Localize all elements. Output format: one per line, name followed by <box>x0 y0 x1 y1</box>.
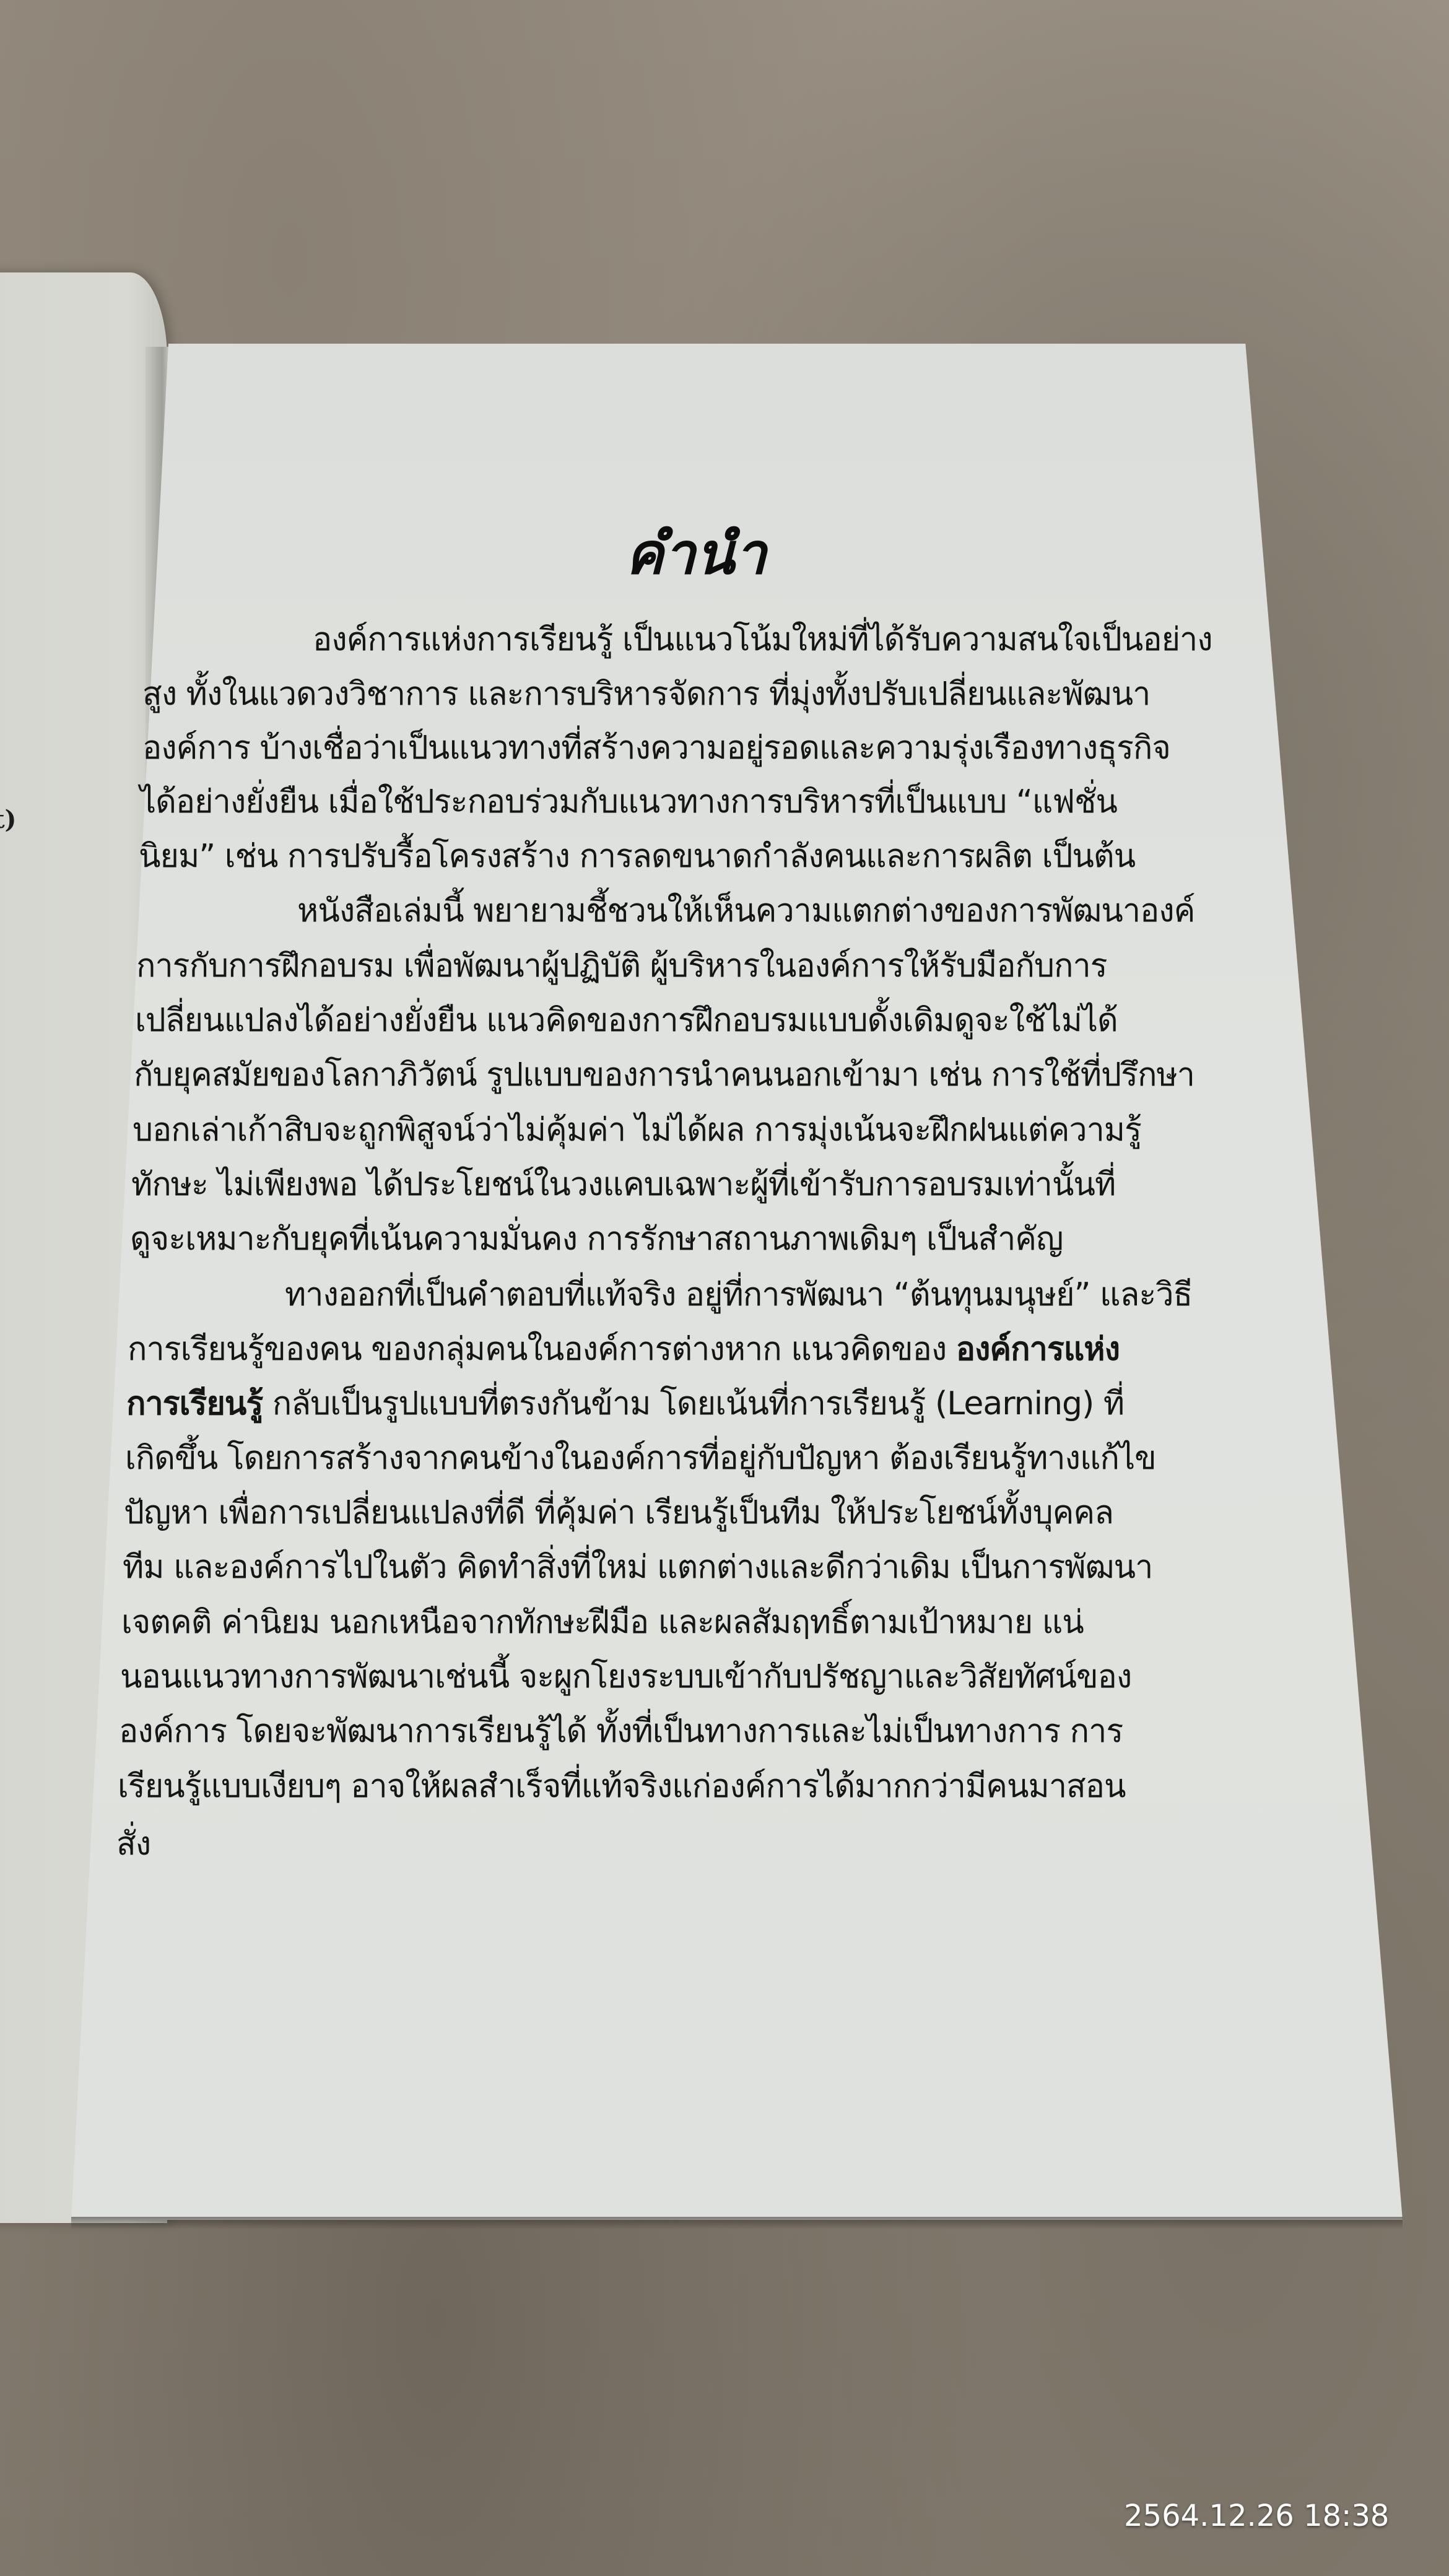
body-line: เรียนรู้แบบเงียบๆ อาจให้ผลสำเร็จที่แท้จร… <box>118 1760 1126 1811</box>
body-line: กับยุคสมัยของโลกาภิวัตน์ รูปแบบของการนำค… <box>134 1048 1194 1100</box>
body-line: สั่ง <box>116 1817 150 1869</box>
photo-timestamp: 2564.12.26 18:38 <box>1124 2499 1389 2533</box>
body-line: นอนแนวทางการพัฒนาเช่นนี้ จะผูกโยงระบบเข้… <box>120 1650 1131 1702</box>
body-line: ทีม และองค์การไปในตัว คิดทำสิ่งที่ใหม่ แ… <box>123 1541 1152 1592</box>
body-line: การเรียนรู้ของคน ของกลุ่มคนในองค์การต่าง… <box>128 1323 1120 1374</box>
body-line: ดูจะเหมาะกับยุคที่เน้นความมั่นคง การรักษ… <box>130 1212 1063 1264</box>
body-line: ทางออกที่เป็นคำตอบที่แท้จริง อยู่ที่การพ… <box>285 1268 1192 1320</box>
body-line: ได้อย่างยั่งยืน เมื่อใช้ประกอบร่วมกับแนว… <box>140 775 1117 827</box>
body-line: การเรียนรู้ กลับเป็นรูปแบบที่ตรงกันข้าม … <box>126 1377 1124 1429</box>
left-page-text-fragment: nt) <box>0 805 16 834</box>
body-line: องค์การ บ้างเชื่อว่าเป็นแนวทางที่สร้างคว… <box>142 721 1170 773</box>
body-line: นิยม” เช่น การปรับรื้อโครงสร้าง การลดขนา… <box>139 830 1135 881</box>
page-title: คำนำ <box>625 508 767 599</box>
body-line: องค์การแห่งการเรียนรู้ เป็นแนวโน้มใหม่ที… <box>313 613 1212 664</box>
bold-term: องค์การแห่ง <box>956 1331 1120 1368</box>
body-line: ทักษะ ไม่เพียงพอ ได้ประโยชน์ในวงแคบเฉพาะ… <box>131 1158 1115 1209</box>
page-shadow <box>71 2217 1403 2229</box>
body-line: ปัญหา เพื่อการเปลี่ยนแปลงที่ดี ที่คุ้มค่… <box>124 1486 1113 1538</box>
body-line: สูง ทั้งในแวดวงวิชาการ และการบริหารจัดกา… <box>142 668 1150 719</box>
body-line: เปลี่ยนแปลงได้อย่างยั่งยืน แนวคิดของการฝ… <box>135 994 1118 1045</box>
body-line: เกิดขึ้น โดยการสร้างจากคนข้างในองค์การที… <box>125 1432 1156 1483</box>
body-line: องค์การ โดยจะพัฒนาการเรียนรู้ได้ ทั้งที่… <box>119 1705 1123 1756</box>
body-line: การกับการฝึกอบรม เพื่อพัฒนาผู้ปฏิบัติ ผู… <box>136 939 1107 991</box>
body-line: หนังสือเล่มนี้ พยายามชี้ชวนให้เห็นความแต… <box>297 884 1194 936</box>
body-line: เจตคติ ค่านิยม นอกเหนือจากทักษะฝีมือ และ… <box>121 1596 1084 1647</box>
bold-term: การเรียนรู้ <box>126 1385 263 1422</box>
body-line: บอกเล่าเก้าสิบจะถูกพิสูจน์ว่าไม่คุ้มค่า … <box>133 1103 1141 1155</box>
